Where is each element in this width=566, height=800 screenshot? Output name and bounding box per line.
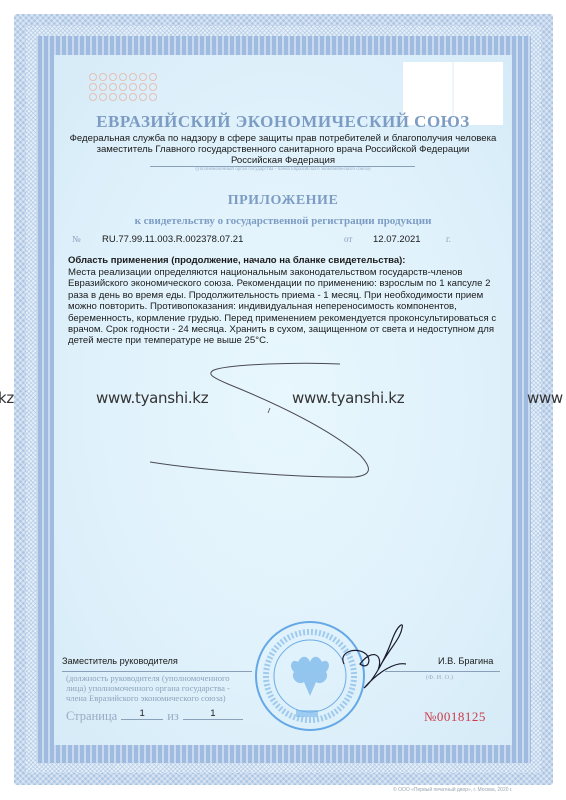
page-total: 1 <box>183 708 243 720</box>
signer-role: Заместитель руководителя <box>62 656 178 666</box>
name-caption: (Ф. И. О.) <box>426 674 453 681</box>
page-number: 1 <box>121 708 163 720</box>
printer-note: © ООО «Первый печатный двор», г. Москва,… <box>393 787 513 793</box>
signer-role-underline <box>62 671 252 672</box>
signer-name: И.В. Брагина <box>438 656 493 666</box>
pagination: Страница1из1 <box>66 709 247 724</box>
page-label: Страница <box>66 709 117 723</box>
of-label: из <box>167 709 179 723</box>
signer-name-underline <box>385 671 500 672</box>
role-caption: (должность руководителя (уполномоченного… <box>66 674 266 703</box>
serial-number: №0018125 <box>424 709 486 725</box>
role-caption-line: члена Евразийского экономического союза) <box>66 694 266 704</box>
